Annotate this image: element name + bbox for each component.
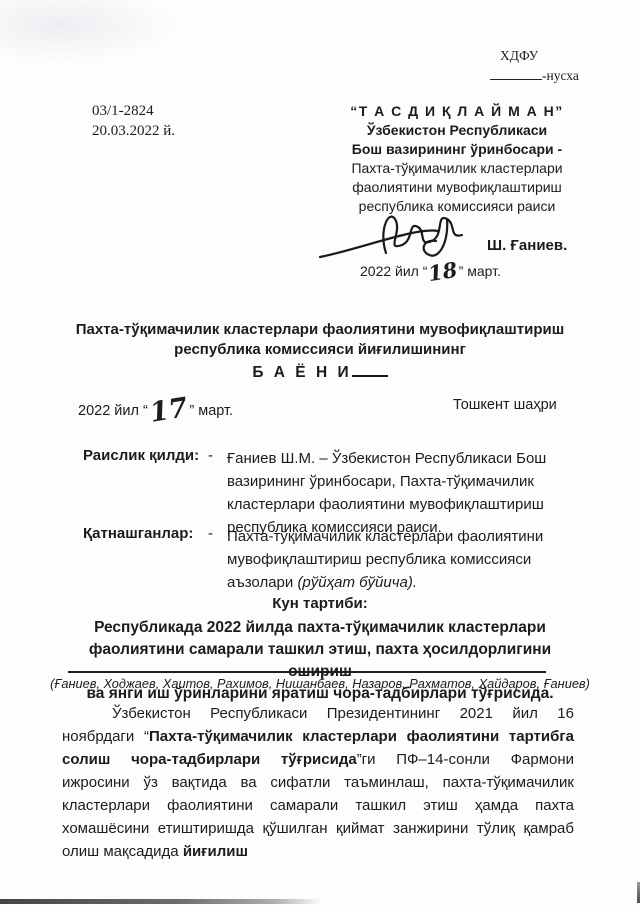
document-type: Б А Ё Н И [0,361,640,382]
approval-line: фаолиятини мувофиқлаштириш [328,178,586,197]
copy-stamp-suffix: -нусха [542,68,579,83]
agenda-heading: Кун тартиби: [0,595,640,612]
approval-line: Пахта-тўқимачилик кластерлари [328,159,586,178]
blank-line [352,361,388,377]
approval-date: 2022 йил “18” март. [360,256,501,281]
approval-title: “Т А С Д И Қ Л А Й М А Н” [328,102,586,121]
signer-name: Ш. Ғаниев. [487,237,567,254]
copy-stamp-line: -нусха [490,66,600,86]
document-title-line: республика комиссияси йиғилишининг [40,340,600,360]
meeting-place: Тошкент шаҳри [453,397,557,413]
approval-line: Ўзбекистон Республикаси [328,121,586,140]
participants-text: Пахта-тўқимачилик кластерлари фаолиятини… [227,525,575,594]
approval-date-prefix: 2022 йил “ [360,263,427,279]
document-title: Пахта-тўқимачилик кластерлари фаолиятини… [40,320,600,360]
approval-date-suffix: ” март. [459,263,501,279]
approval-block: “Т А С Д И Қ Л А Й М А Н” Ўзбекистон Рес… [328,102,586,216]
body-paragraph: Ўзбекистон Республикаси Президентининг 2… [62,702,574,863]
meeting-date-prefix: 2022 йил “ [78,403,148,419]
reference-block: 03/1-2824 20.03.2022 й. [92,101,175,141]
document-page: ХДФУ -нусха 03/1-2824 20.03.2022 й. “Т А… [0,0,640,905]
handwritten-day: 17 [148,392,190,428]
chaired-dash: - [208,447,213,464]
reference-number: 03/1-2824 [92,101,175,121]
agenda-underline [68,671,546,673]
copy-stamp-org: ХДФУ [500,46,600,66]
document-title-line: Пахта-тўқимачилик кластерлари фаолиятини… [40,320,600,340]
agenda-title: Республикада 2022 йилда пахта-тўқимачили… [55,617,585,705]
scan-edge-artifact [0,899,322,904]
agenda-speakers: (Ғаниев, Ходжаев, Хаитов, Рахимов, Нишан… [48,676,592,691]
approval-line: Бош вазирининг ўринбосари - [328,140,586,159]
participants-label: Қатнашганлар: [83,525,218,542]
reference-date: 20.03.2022 й. [92,121,175,141]
copy-stamp: ХДФУ -нусха [490,46,600,86]
participants-dash: - [208,525,213,542]
handwritten-day: 18 [427,257,460,286]
document-type-label: Б А Ё Н И [252,364,351,381]
meeting-date: 2022 йил “17” март. [78,391,233,422]
blank-line [490,66,542,80]
chaired-label: Раислик қилди: [83,447,218,464]
meeting-date-suffix: ” март. [189,403,233,419]
agenda-title-line: Республикада 2022 йилда пахта-тўқимачили… [55,617,585,639]
